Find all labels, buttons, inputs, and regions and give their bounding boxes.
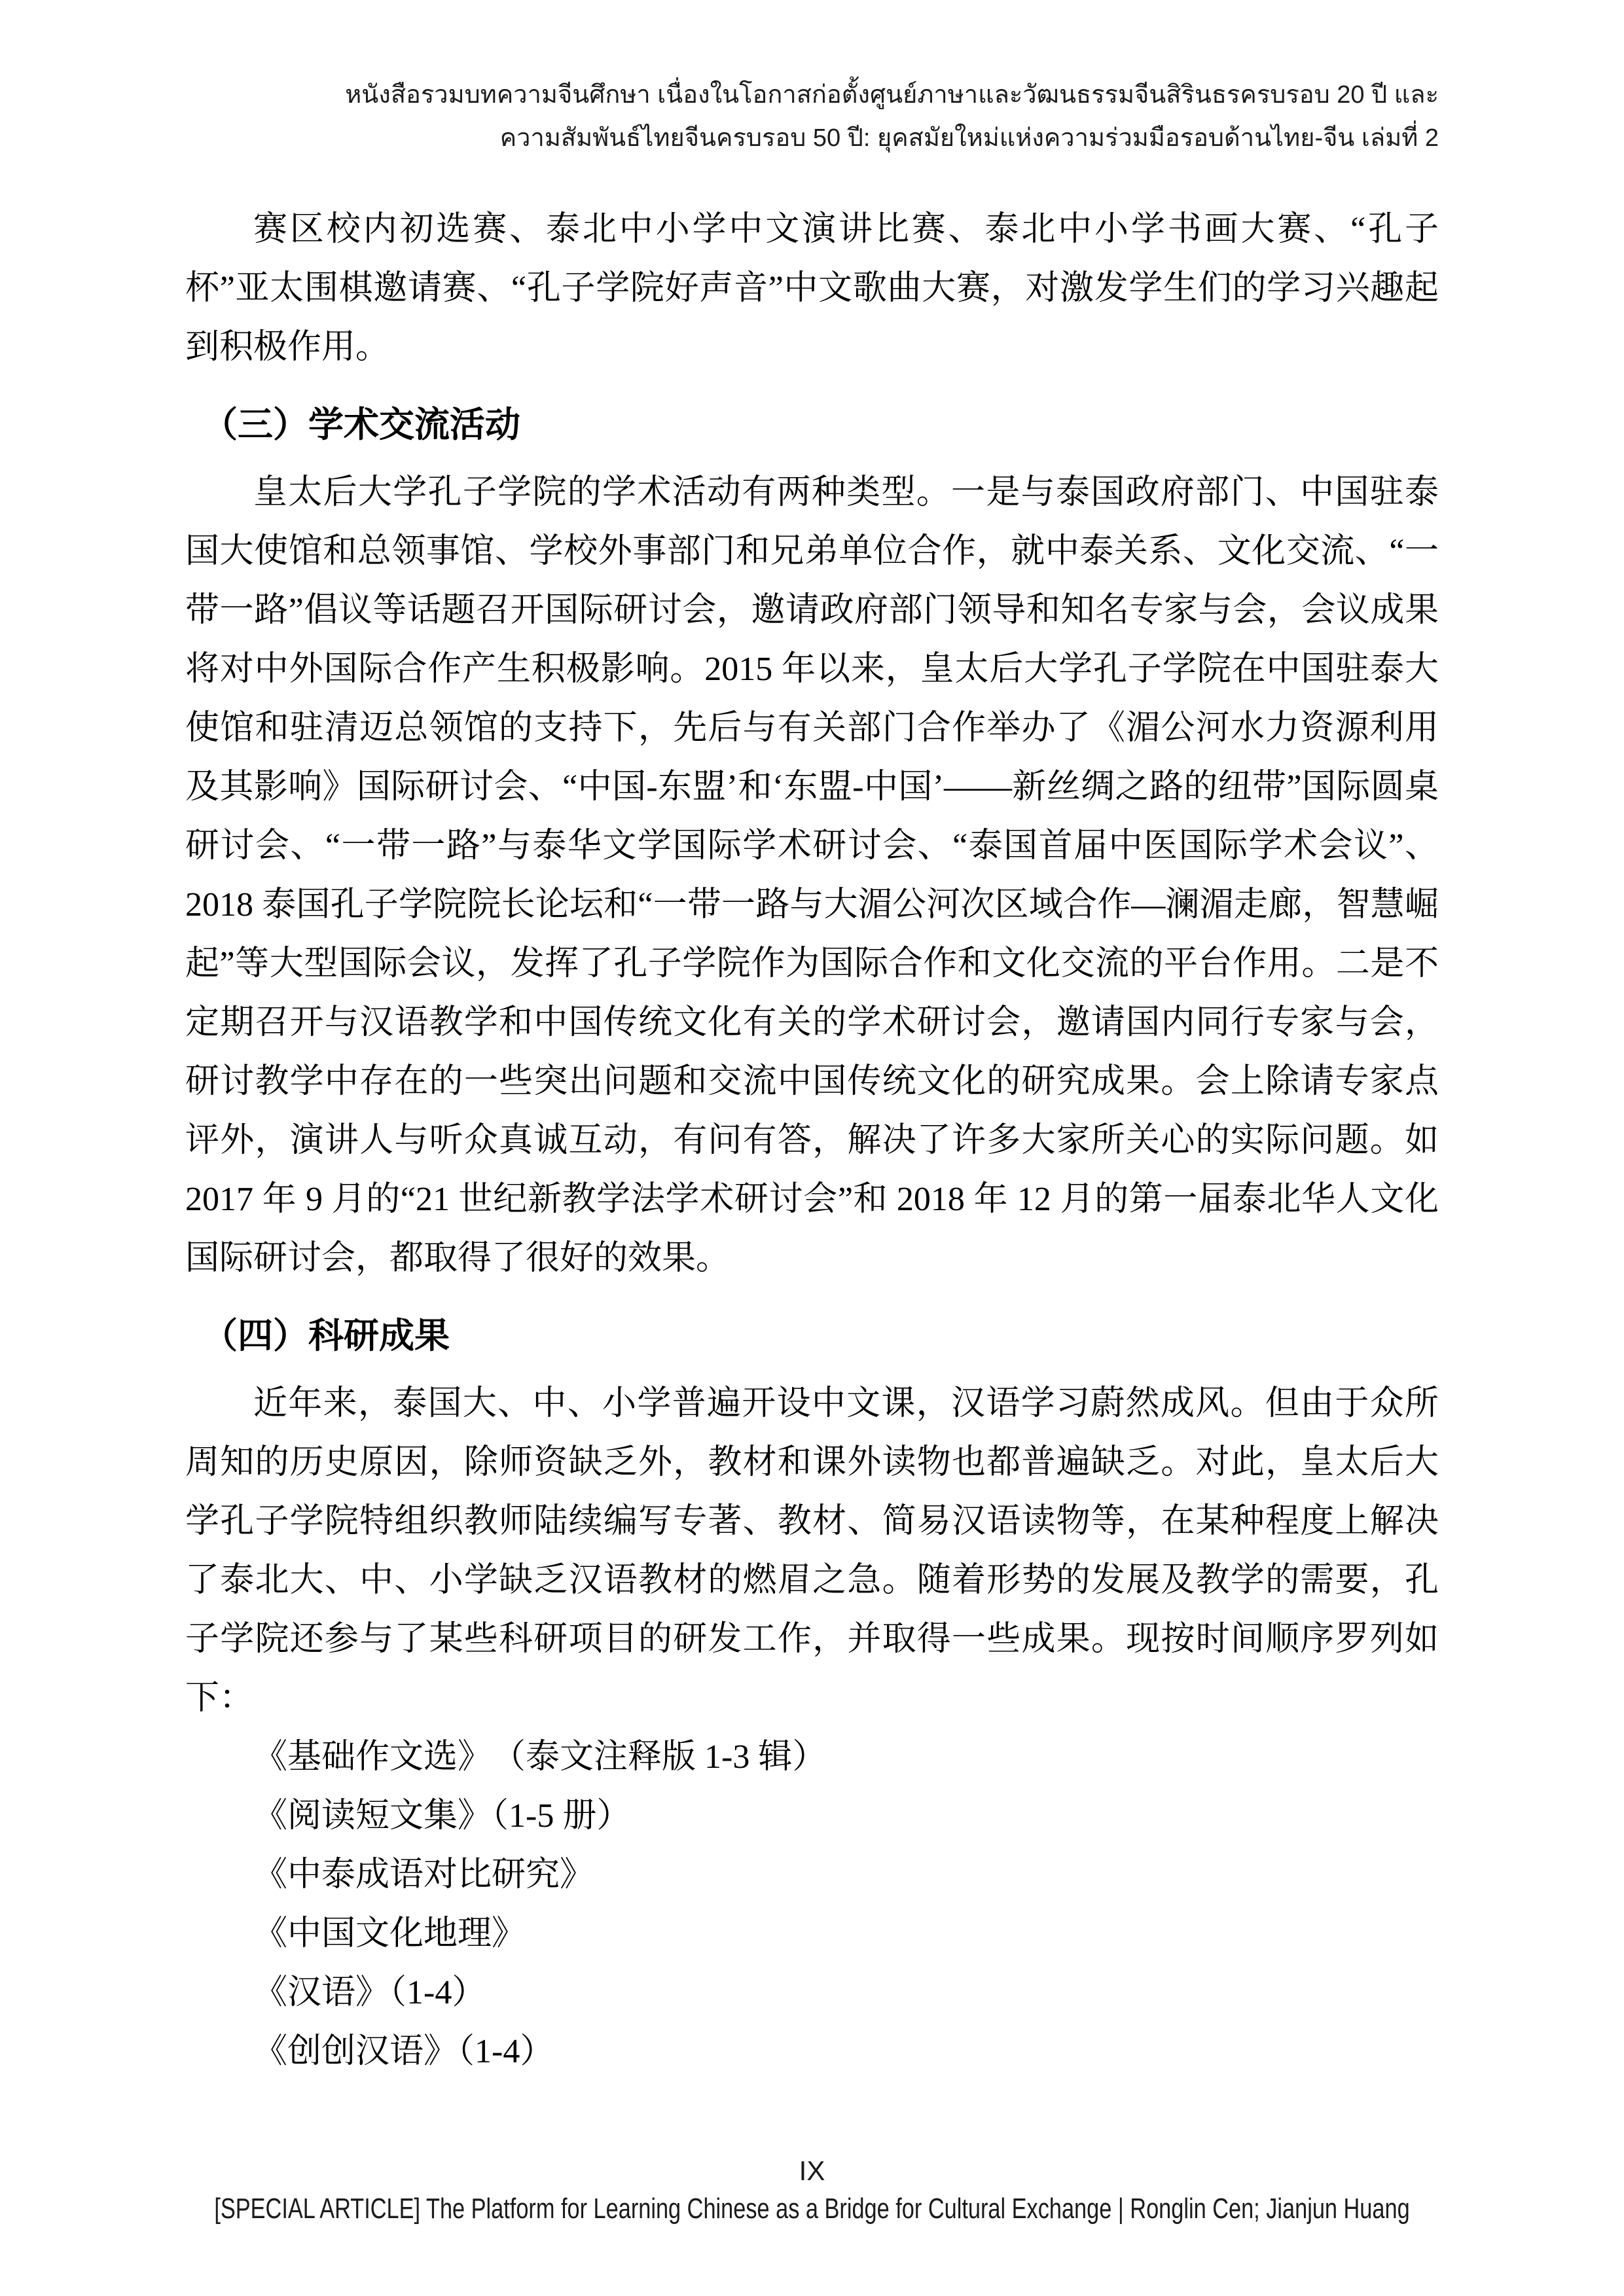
article-body: 赛区校内初选赛、泰北中小学中文演讲比赛、泰北中小学书画大赛、“孔子杯”亚太围棋邀…	[185, 200, 1439, 2081]
running-header-line-1: หนังสือรวมบทความจีนศึกษา เนื่องในโอกาสก่…	[185, 73, 1439, 117]
running-header-line-2: ความสัมพันธ์ไทยจีนครบรอบ 50 ปี: ยุคสมัยใ…	[185, 117, 1439, 160]
publication-item: 《中泰成语对比研究》	[185, 1846, 1439, 1905]
publication-item: 《基础作文选》 （泰文注释版 1-3 辑）	[185, 1728, 1439, 1787]
publication-item: 《阅读短文集》（1-5 册）	[185, 1787, 1439, 1846]
publication-list: 《基础作文选》 （泰文注释版 1-3 辑） 《阅读短文集》（1-5 册） 《中泰…	[185, 1728, 1439, 2081]
publication-item: 《汉语》（1-4）	[185, 1964, 1439, 2022]
page-number: IX	[0, 2156, 1624, 2186]
section-heading-research-results: （四）科研成果	[185, 1306, 1439, 1365]
publication-item: 《创创汉语》（1-4）	[185, 2022, 1439, 2081]
paragraph-academic-exchange: 皇太后大学孔子学院的学术活动有两种类型。一是与泰国政府部门、中国驻泰国大使馆和总…	[185, 463, 1439, 1288]
paragraph-contests: 赛区校内初选赛、泰北中小学中文演讲比赛、泰北中小学书画大赛、“孔子杯”亚太围棋邀…	[185, 200, 1439, 377]
running-header: หนังสือรวมบทความจีนศึกษา เนื่องในโอกาสก่…	[185, 73, 1439, 160]
document-page: หนังสือรวมบทความจีนศึกษา เนื่องในโอกาสก่…	[0, 0, 1624, 2296]
paragraph-research-results: 近年来，泰国大、中、小学普遍开设中文课，汉语学习蔚然成风。但由于众所周知的历史原…	[185, 1374, 1439, 1728]
publication-item: 《中国文化地理》	[185, 1905, 1439, 1964]
footer-article-credit: [SPECIAL ARTICLE] The Platform for Learn…	[179, 2193, 1445, 2225]
section-heading-academic-exchange: （三）学术交流活动	[185, 395, 1439, 454]
